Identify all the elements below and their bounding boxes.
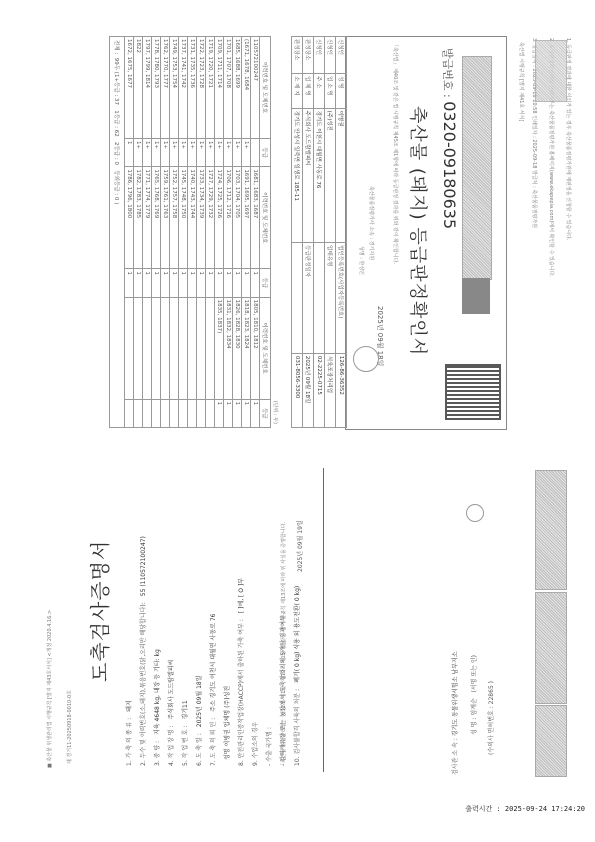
certificate-item: 7. 도 축 의 뢰 인 :주소 경기도 이천시 대월면 사동로 76 <box>208 536 217 766</box>
official-seal-icon <box>353 346 379 372</box>
issue-no-label: 발급번호 : <box>441 48 454 98</box>
table-row: 1105721002471681, 1683, 168711805, 1810,… <box>251 37 260 428</box>
certificate-item: 3. 중 량 :지육 4648 kg, 내장 등 기타: kg <box>152 536 161 766</box>
table-row: 1778, 1780, 17931+1765, 1768, 17691 <box>152 37 161 428</box>
document-title: 축산물 (돼지) 등급판정확인서 <box>406 106 432 356</box>
certificate-item: 성명 이병권 업체명 (주)성진 <box>222 536 231 766</box>
redacted-area-dark <box>462 278 490 314</box>
doc-number: 제 경기11-20250918-0010-0호 <box>66 690 73 764</box>
issue-no: 0320-09180635 <box>440 101 459 229</box>
license-number: 22865 ) <box>488 681 495 704</box>
table-row: (1671, 1678, 16841+1691, 1695, 169711818… <box>242 37 251 428</box>
certificate-item: 6. 도 축 일 :2025년 09월 18일 <box>194 536 203 766</box>
certificate-item: 5. 작 업 번 호 :경기11 <box>180 536 189 766</box>
certificate-item: - 수출 국가명 : <box>264 536 273 766</box>
table-row: 1709, 1711, 17141+1724, 1725, 172611835,… <box>215 37 224 428</box>
info-row: 신청인주 소경기도 이천시 대월면 사동로 7602-2225-0715 <box>314 37 325 428</box>
inspector-org: 경기도 동물위생시험소 남부지소 <box>452 651 459 736</box>
table-row: 1685, 1688, 16991+1703, 1704, 170511826,… <box>233 37 242 428</box>
redacted-area <box>535 705 567 777</box>
table-row: 1762, 1770, 17771+1759, 1761, 17631 <box>161 37 170 428</box>
certificate-statement: 「축산법」 제40조 및 같은 법 시행규칙 제45조 제1항에 따라 등급판정… <box>392 42 399 264</box>
table-row: 1737, 1741, 17421+1745, 1748, 17501 <box>179 37 188 428</box>
table-row: 1731, 1735, 17361+1740, 1743, 17441 <box>188 37 197 428</box>
unit-label: (단위 : 두) <box>272 401 279 424</box>
table-row: 1722, 1723, 17281+1733, 1734, 17391 <box>197 37 206 428</box>
redacted-area <box>535 470 567 590</box>
table-row: 1749, 1753, 17541+1752, 1757, 17581 <box>170 37 179 428</box>
inspector-org: 축산물품질평가사 소속 : 경기지원 <box>368 186 375 260</box>
redacted-area <box>535 40 567 102</box>
table-row: 1719, 1720, 17211+1727, 1729, 17321 <box>206 37 215 428</box>
table-row: 1797, 1799, 18141+1771, 1774, 17791 <box>143 37 152 428</box>
certificate-item: 4. 작 업 장 명 :주식회사 도드람엘피씨 <box>166 536 175 766</box>
info-row: 신청인성 명이병권법인등록번호(사업자등록번호)126-86-36352 <box>336 37 347 428</box>
grade-certificate: 축산법 시행규칙 [별지 제41호 서식] 발급번호 : 0320-091806… <box>62 36 507 428</box>
totals-row: 전체 : 99두 (1+등급 : 37 1등급 : 62 2등급 : 0 등외등… <box>110 37 125 428</box>
print-time: 출력시간 : 2025-09-24 17:24:20 <box>465 804 585 814</box>
qr-code-icon <box>447 366 499 418</box>
certificate-item: 2. 두수 및 이력번호(소,돼지),묶음번호(닭,오리만 해당합니다):55 … <box>138 536 147 766</box>
form-note: ■ 축산물 위생관리법 시행규칙 [별지 제43호서식] <개정 2020.4.… <box>46 610 53 768</box>
table-row: 18221+1782, 1783, 17851 <box>134 37 143 428</box>
document-title: 도축검사증명서 <box>84 540 113 682</box>
applicant-info-table: 신청인성 명이병권법인등록번호(사업자등록번호)126-86-36352신청인업… <box>291 36 347 428</box>
inspector-name: 성명 : 한성민 <box>358 246 365 275</box>
certificate-statement: 「축산물 위생관리법」 제11조 제1항 · 제12조 제1항 및 같은 법 시… <box>280 522 287 768</box>
certificate-item: 1. 가 축 의 종 류 :돼지 <box>124 536 133 766</box>
table-row: 1672, 1675, 167711786, 1796, 18001 <box>125 37 134 428</box>
redacted-area <box>535 592 567 704</box>
certificate-item: 9. 수입소의 경우 <box>250 536 259 766</box>
official-seal-icon <box>466 504 484 522</box>
table-row: 1701, 1707, 17081+1706, 1712, 171611831,… <box>224 37 233 428</box>
inspector-block: 검사관 소 속 : 경기도 동물위생시험소 남부지소 성 명 : 임계순 (서명… <box>450 651 495 775</box>
info-row: 신청인업 소 명(주)성진업태유형식육포장처리업 <box>325 37 336 428</box>
certificate-item: 8. 안전관리인증작업장(HACCP)에서 출하된 가축 여부 :[ ]예, [… <box>236 536 245 766</box>
redacted-area <box>462 56 492 280</box>
inspector-name: 임계순 <box>471 698 478 715</box>
info-row: 판정장소업 체 명주식회사 도드람엘피씨등급판정일자2025년 09월 18일 <box>303 37 314 428</box>
issue-date: 2025년 09월 19일 <box>295 520 304 572</box>
info-row: 판정장소소 재 지경기도 안성시 일죽면 일생로 185-11031-8056-… <box>292 37 303 428</box>
grade-table: 이력번호 및 도체번호등급이력번호 및 도체번호등급이력번호 및 도체번호등급 … <box>109 36 271 428</box>
form-note: 축산법 시행규칙 [별지 제41호 서식] <box>518 42 525 121</box>
slaughter-certificate: ■ 축산물 위생관리법 시행규칙 [별지 제43호서식] <개정 2020.4.… <box>40 468 324 772</box>
